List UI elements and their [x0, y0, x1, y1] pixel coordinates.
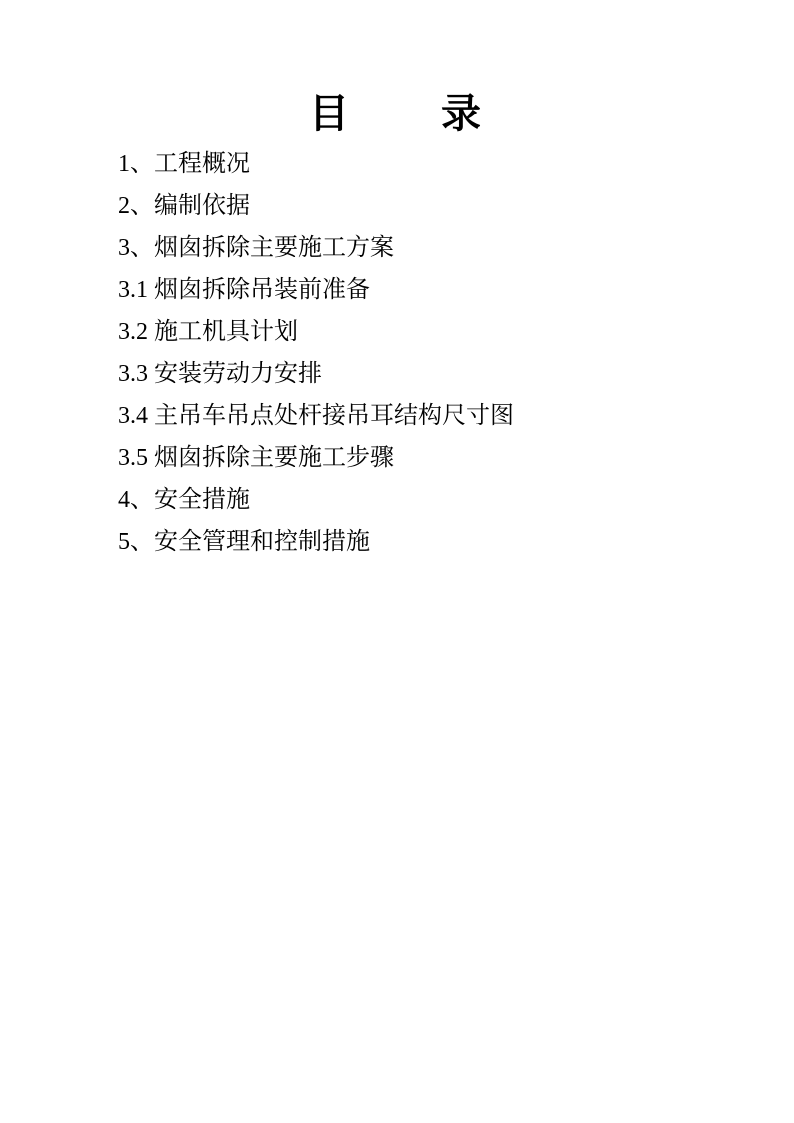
toc-entry: 4、安全措施	[118, 479, 734, 521]
toc-entry: 3、烟囱拆除主要施工方案	[118, 227, 734, 269]
table-of-contents: 1、工程概况 2、编制依据 3、烟囱拆除主要施工方案 3.1 烟囱拆除吊装前准备…	[118, 143, 734, 563]
toc-entry: 3.2 施工机具计划	[118, 311, 734, 353]
toc-entry: 3.1 烟囱拆除吊装前准备	[118, 269, 734, 311]
toc-entry: 5、安全管理和控制措施	[118, 521, 734, 563]
toc-entry: 3.4 主吊车吊点处杆接吊耳结构尺寸图	[118, 395, 734, 437]
toc-entry: 2、编制依据	[118, 185, 734, 227]
document-page: 目 录 1、工程概况 2、编制依据 3、烟囱拆除主要施工方案 3.1 烟囱拆除吊…	[0, 0, 794, 1123]
document-title: 目 录	[0, 90, 794, 138]
toc-entry: 3.3 安装劳动力安排	[118, 353, 734, 395]
toc-entry: 1、工程概况	[118, 143, 734, 185]
toc-entry: 3.5 烟囱拆除主要施工步骤	[118, 437, 734, 479]
